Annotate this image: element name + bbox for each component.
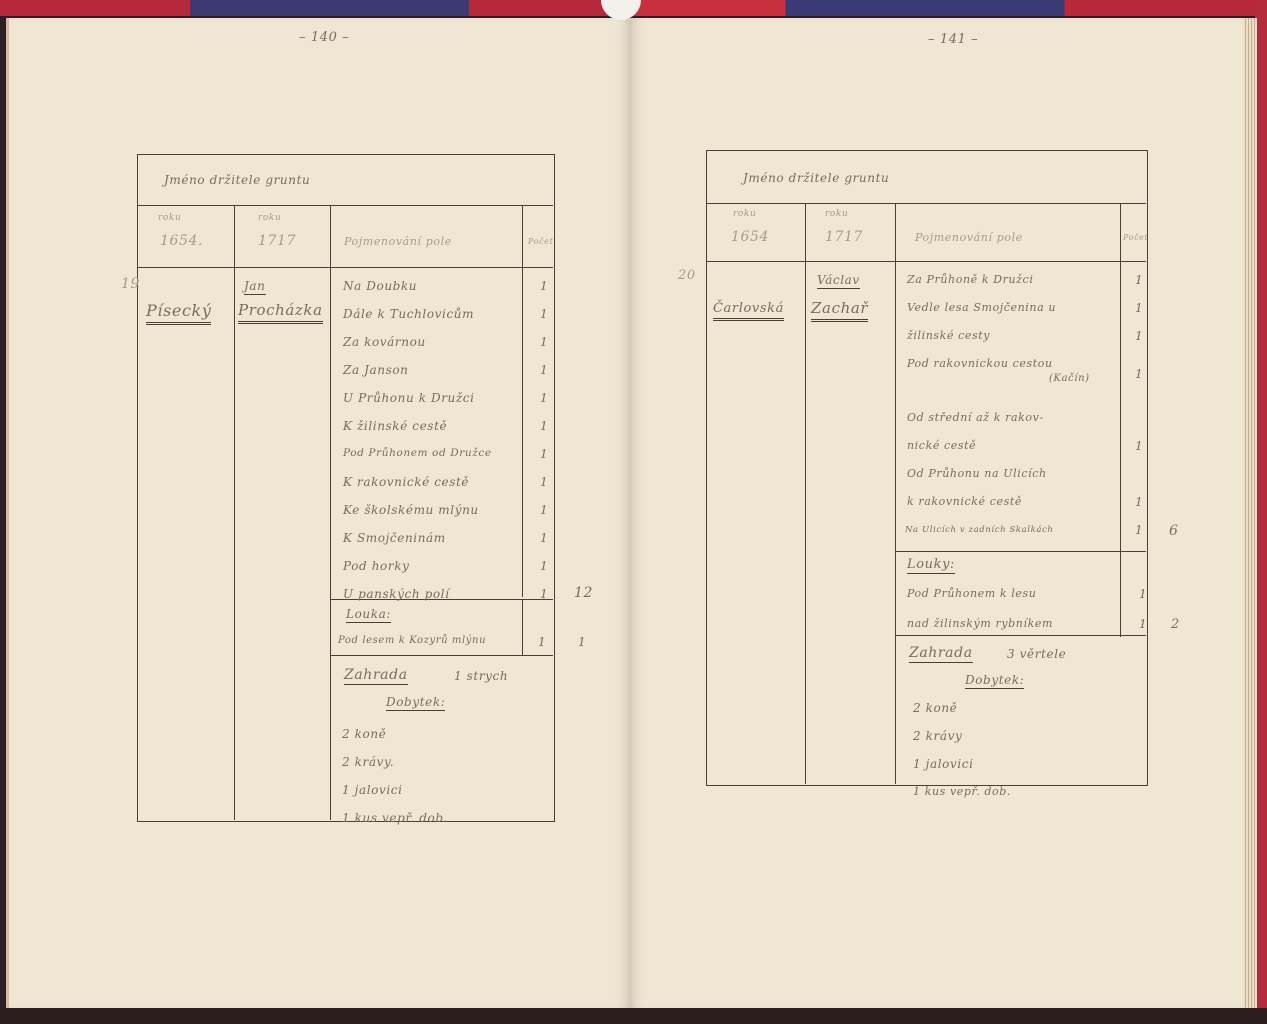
header-bottom-line: [138, 267, 553, 268]
field-name-header: Pojmenování pole: [915, 231, 1023, 244]
field-count: 1: [540, 391, 548, 405]
col-divider-1: [234, 205, 235, 820]
meadows-total: 2: [1171, 617, 1180, 632]
field-count: 1: [540, 531, 548, 545]
field-count: 1: [540, 503, 548, 517]
col-divider-2: [330, 205, 331, 820]
field-count: 1: [1135, 495, 1143, 509]
field-count: 1: [540, 307, 548, 321]
year-label: roku: [733, 209, 756, 219]
garden-heading: Zahrada: [344, 667, 408, 685]
binding-clip: [601, 0, 641, 20]
year-1717: 1717: [825, 229, 863, 245]
field-name: K Smojčeninám: [343, 531, 446, 545]
meadow-count: 1: [538, 635, 546, 649]
page-number-right: – 141 –: [928, 32, 978, 47]
holder-1717-first-name: Václav: [817, 273, 860, 289]
page-number-left: – 140 –: [299, 30, 349, 45]
holder-1654: Čarlovská: [713, 301, 784, 321]
meadow-count: 1: [1139, 617, 1147, 631]
count-header: Počet: [528, 237, 553, 246]
field-name: Na Doubku: [343, 279, 523, 293]
field-count: 1: [1135, 523, 1143, 537]
page-edges: [1243, 18, 1257, 1008]
garden-heading: Zahrada: [909, 645, 973, 663]
header-bottom-line: [707, 261, 1146, 262]
year-label: roku: [825, 209, 848, 219]
meadows-total: 1: [578, 635, 586, 649]
field-count: 1: [540, 475, 548, 489]
livestock-item: 2 koně: [342, 727, 386, 741]
field-count: 1: [540, 559, 548, 573]
garden-detail: 1 strych: [454, 669, 508, 683]
book-cover-bottom: [0, 1008, 1267, 1024]
field-name: Pod Průhonem od Družce: [343, 447, 492, 459]
field-name: Ke školskému mlýnu: [343, 503, 479, 517]
meadow-count: 1: [1139, 587, 1147, 601]
holder-1717-last-name: Zachař: [811, 299, 868, 322]
year-label: roku: [258, 213, 281, 223]
field-count: 1: [1135, 273, 1143, 287]
ledger-table-right: Jméno držitele gruntu roku 1654 roku 171…: [706, 150, 1148, 786]
field-name: Pod rakovnickou cestou: [907, 357, 1053, 370]
field-name: U panských polí: [343, 587, 450, 601]
livestock-item: 2 koně: [913, 701, 957, 715]
field-count: 1: [540, 447, 548, 461]
year-1717: 1717: [258, 233, 296, 249]
field-name: Za Janson: [343, 363, 409, 377]
meadow-heading: Louka:: [346, 607, 391, 623]
livestock-item: 1 jalovici: [913, 757, 974, 771]
livestock-item: 2 krávy: [913, 729, 962, 743]
field-name-header: Pojmenování pole: [344, 235, 452, 248]
meadow-name: Pod Průhonem k lesu: [907, 587, 1036, 600]
holder-1717-last-name: Procházka: [238, 301, 323, 324]
field-name: nické cestě: [907, 439, 976, 452]
ledger-table-left: Jméno držitele gruntu roku 1654. roku 17…: [137, 154, 555, 822]
livestock-item: 1 jalovici: [342, 783, 403, 797]
fields-total: 12: [574, 585, 593, 601]
field-name: Vedle lesa Smojčenina u: [907, 301, 1056, 314]
field-count: 1: [1135, 329, 1143, 343]
holder-name-header: Jméno držitele gruntu: [743, 171, 889, 185]
fields-total: 6: [1169, 523, 1179, 539]
field-name: žilinské cesty: [907, 329, 990, 342]
field-name: K žilinské cestě: [343, 419, 447, 433]
field-name: Za kovárnou: [343, 335, 426, 349]
field-count: 1: [1135, 301, 1143, 315]
year-1654: 1654.: [160, 233, 203, 249]
meadow-heading: Louky:: [907, 557, 955, 574]
livestock-item: 2 krávy.: [342, 755, 394, 769]
field-name: Na Ulicích v zadních Skalkách: [905, 525, 1053, 535]
livestock-item: 1 kus vepř. dob.: [342, 811, 448, 825]
meadow-name: Pod lesem k Kozyrů mlýnu: [338, 635, 486, 646]
field-name: U Průhonu k Družci: [343, 391, 475, 405]
meadow-divider: [895, 551, 1146, 552]
field-count: 1: [540, 587, 548, 601]
col-divider-3: [522, 205, 523, 597]
meadow-count-divider: [522, 599, 523, 655]
field-name: Dále k Tuchlovicům: [343, 307, 474, 321]
row-number: 20: [678, 268, 696, 283]
garden-detail: 3 věrtele: [1007, 647, 1066, 661]
holder-1717-first-name: Jan: [244, 279, 266, 295]
field-name: (Kačín): [1049, 373, 1090, 384]
header-divider: [138, 205, 553, 206]
livestock-heading: Dobytek:: [386, 695, 445, 711]
field-name: K rakovnické cestě: [343, 475, 469, 489]
header-divider: [707, 203, 1146, 204]
year-1654: 1654: [731, 229, 769, 245]
field-count: 1: [540, 419, 548, 433]
livestock-item: 1 kus vepř. dob.: [913, 785, 1011, 798]
field-count: 1: [540, 335, 548, 349]
count-header: Počet: [1123, 233, 1148, 242]
left-page: – 140 – Jméno držitele gruntu roku 1654.…: [6, 18, 630, 1008]
field-name: Od Průhonu na Ulicích: [907, 467, 1047, 480]
field-name: k rakovnické cestě: [907, 495, 1022, 508]
field-count: 1: [540, 363, 548, 377]
livestock-heading: Dobytek:: [965, 673, 1024, 689]
year-label: roku: [158, 213, 181, 223]
meadow-name: nad žilinským rybníkem: [907, 617, 1053, 630]
col-divider-1: [805, 203, 806, 784]
field-name: Od střední až k rakov-: [907, 411, 1044, 424]
holder-1654: Písecký: [146, 301, 211, 325]
holder-name-header: Jméno držitele gruntu: [164, 173, 310, 187]
right-page: – 141 – Jméno držitele gruntu roku 1654 …: [630, 18, 1243, 1008]
col-divider-2: [895, 203, 896, 784]
field-name: Za Průhoně k Družci: [907, 273, 1033, 286]
field-count: 1: [540, 279, 548, 293]
col-divider-3: [1120, 203, 1121, 637]
field-count: 1: [1135, 367, 1143, 381]
garden-divider: [895, 635, 1146, 636]
field-count: 1: [1135, 439, 1143, 453]
garden-divider: [330, 655, 553, 656]
field-name: Pod horky: [343, 559, 409, 573]
row-number: 19: [121, 276, 140, 292]
